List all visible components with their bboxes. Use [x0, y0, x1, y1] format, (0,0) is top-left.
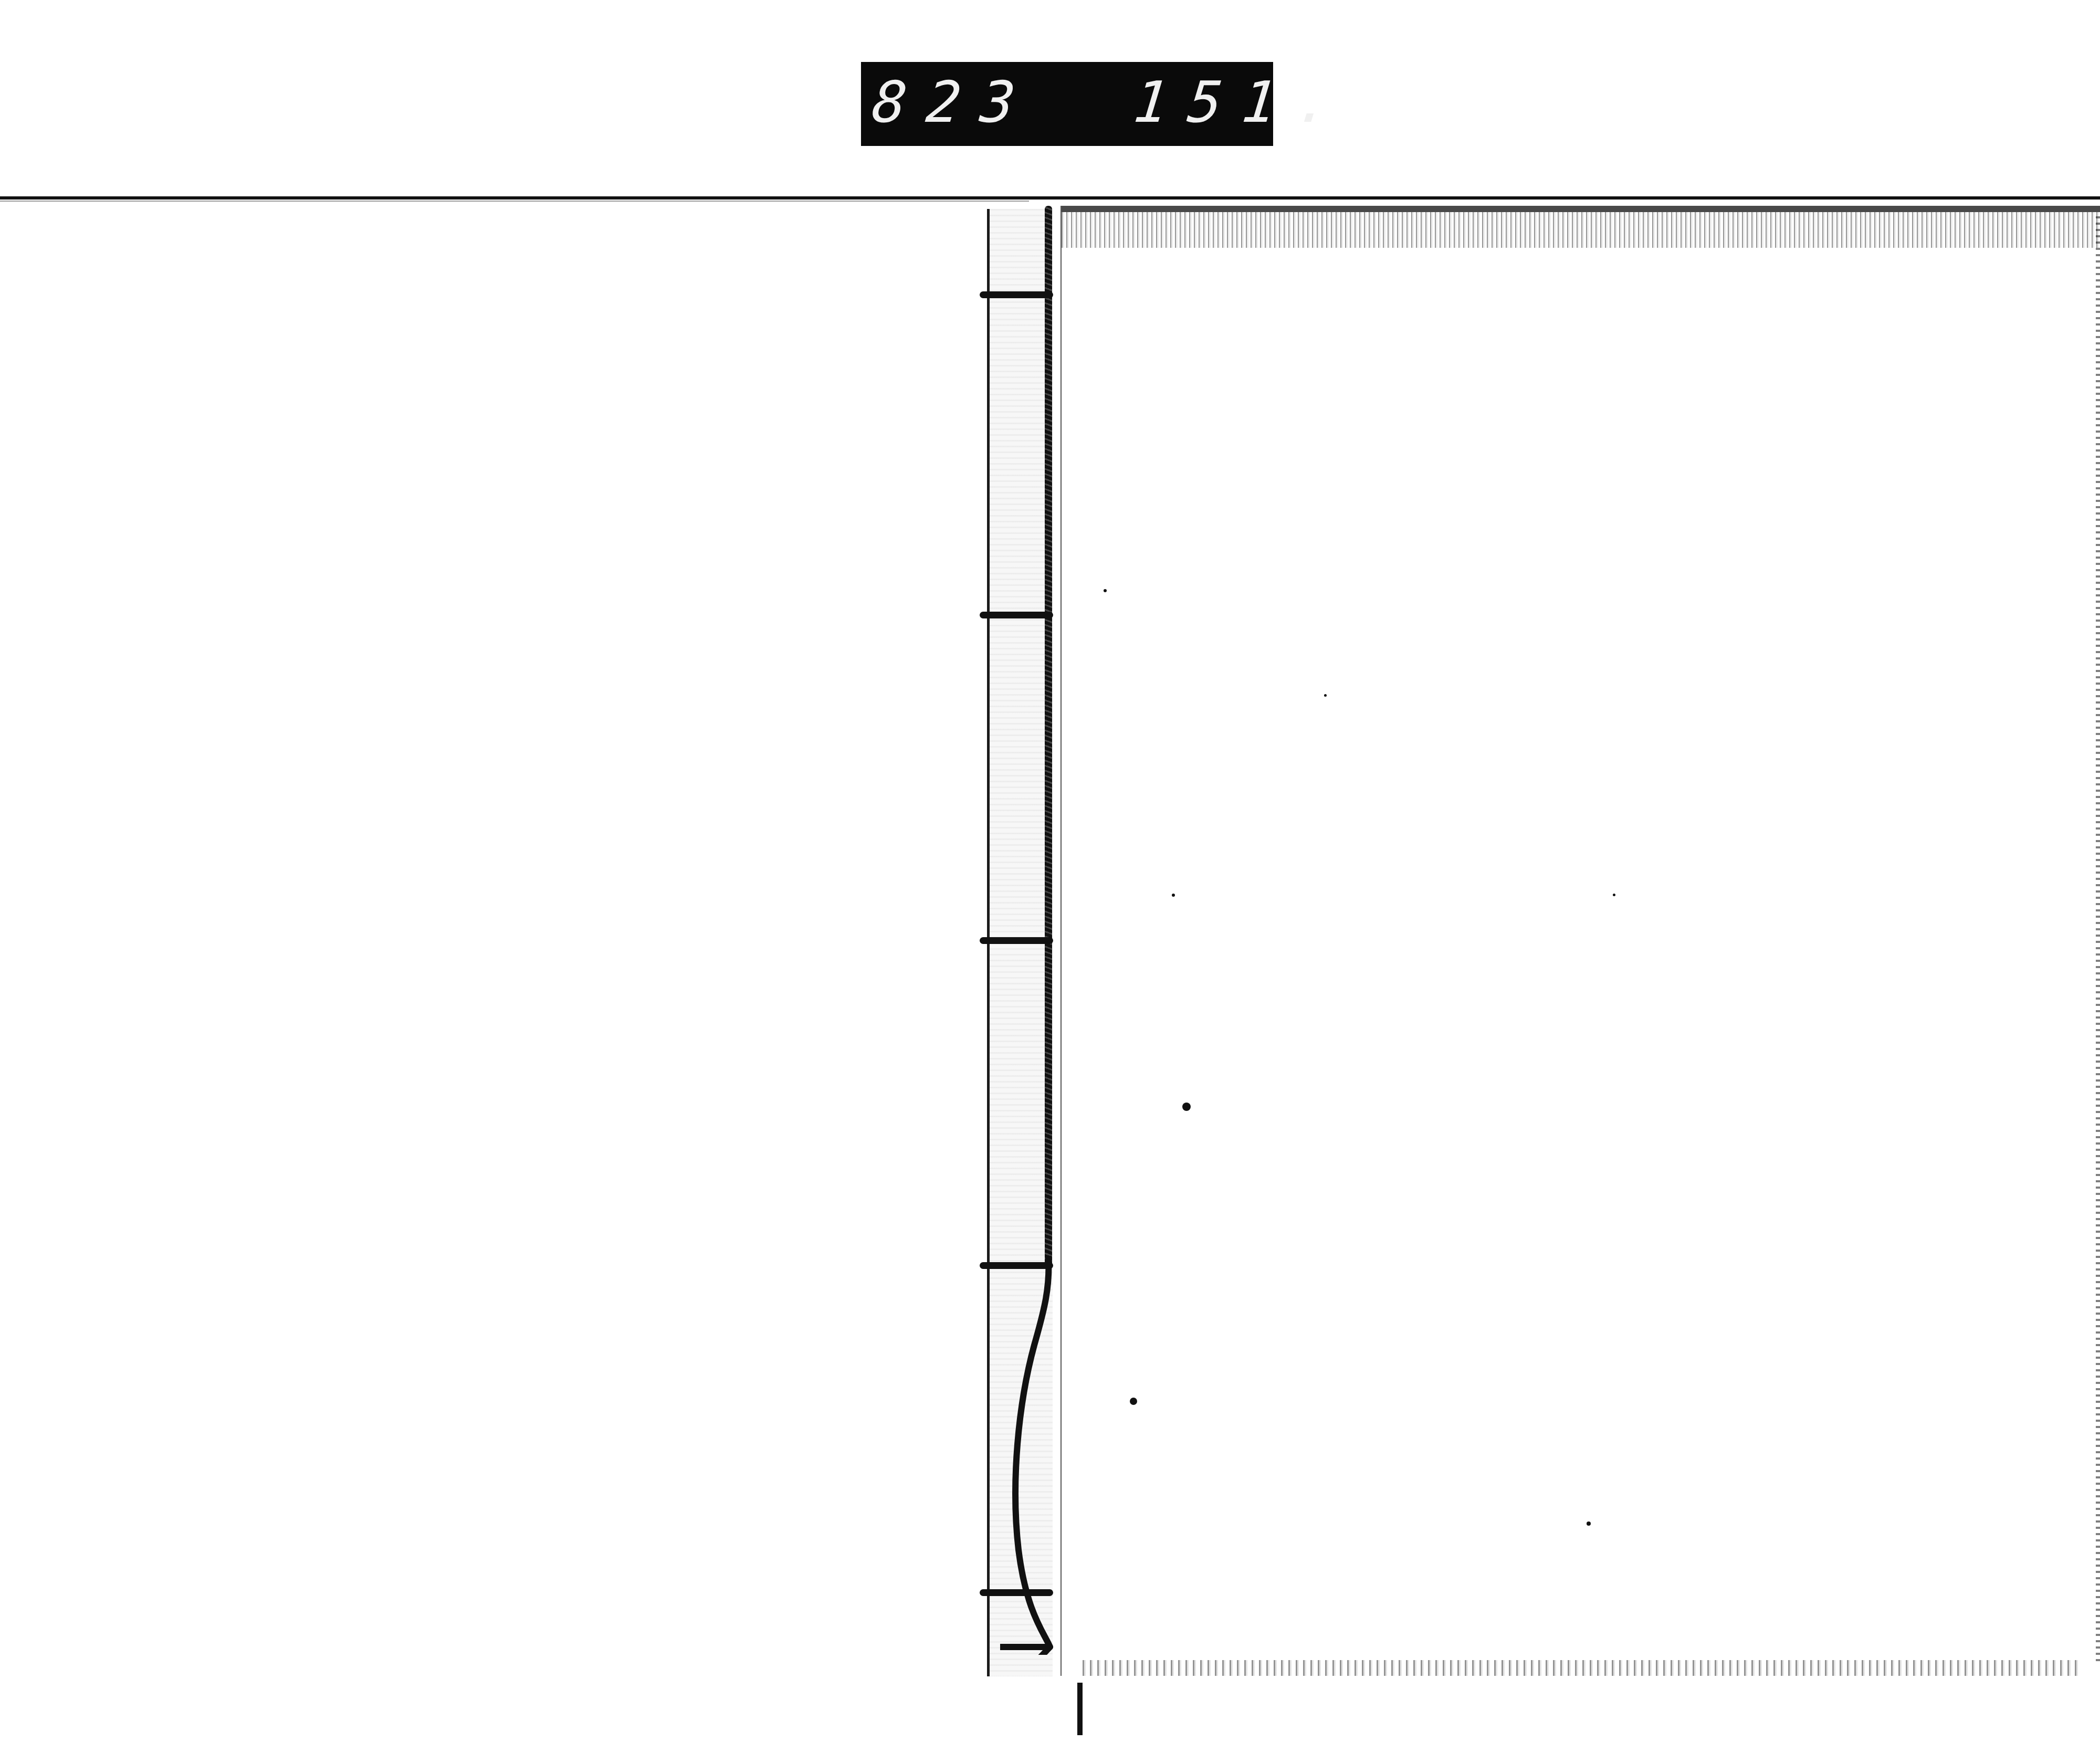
frame-counter-label: 823 151.: [861, 62, 1273, 146]
binding-stitch: [980, 1262, 1053, 1269]
scan-speck: [1172, 894, 1175, 897]
page-right-edge: [2096, 216, 2100, 1665]
film-tail-mark: [1077, 1683, 1083, 1735]
scan-speck: [1613, 894, 1615, 896]
binding-stitch: [980, 937, 1053, 944]
scan-speck: [1130, 1398, 1137, 1405]
binding-stitch: [980, 291, 1053, 298]
scan-speck: [1182, 1103, 1191, 1111]
binding-thread: [1045, 206, 1052, 1266]
scan-speck: [1324, 694, 1327, 697]
frame-counter-left: 823: [869, 71, 1038, 134]
binding-stitch: [980, 612, 1053, 618]
bound-volume: [987, 206, 2100, 1676]
scan-speck: [1587, 1521, 1591, 1526]
page-cover: [1060, 206, 2100, 1676]
scan-speck: [1104, 589, 1107, 592]
binding-stitch: [980, 1589, 1053, 1596]
frame-counter-right: 151.: [1131, 71, 1354, 134]
page-bottom-edge: [1083, 1660, 2080, 1676]
film-frame-rule-thin: [0, 201, 1029, 202]
page-top-edge: [1062, 206, 2100, 248]
film-frame-rule: [0, 196, 2100, 200]
